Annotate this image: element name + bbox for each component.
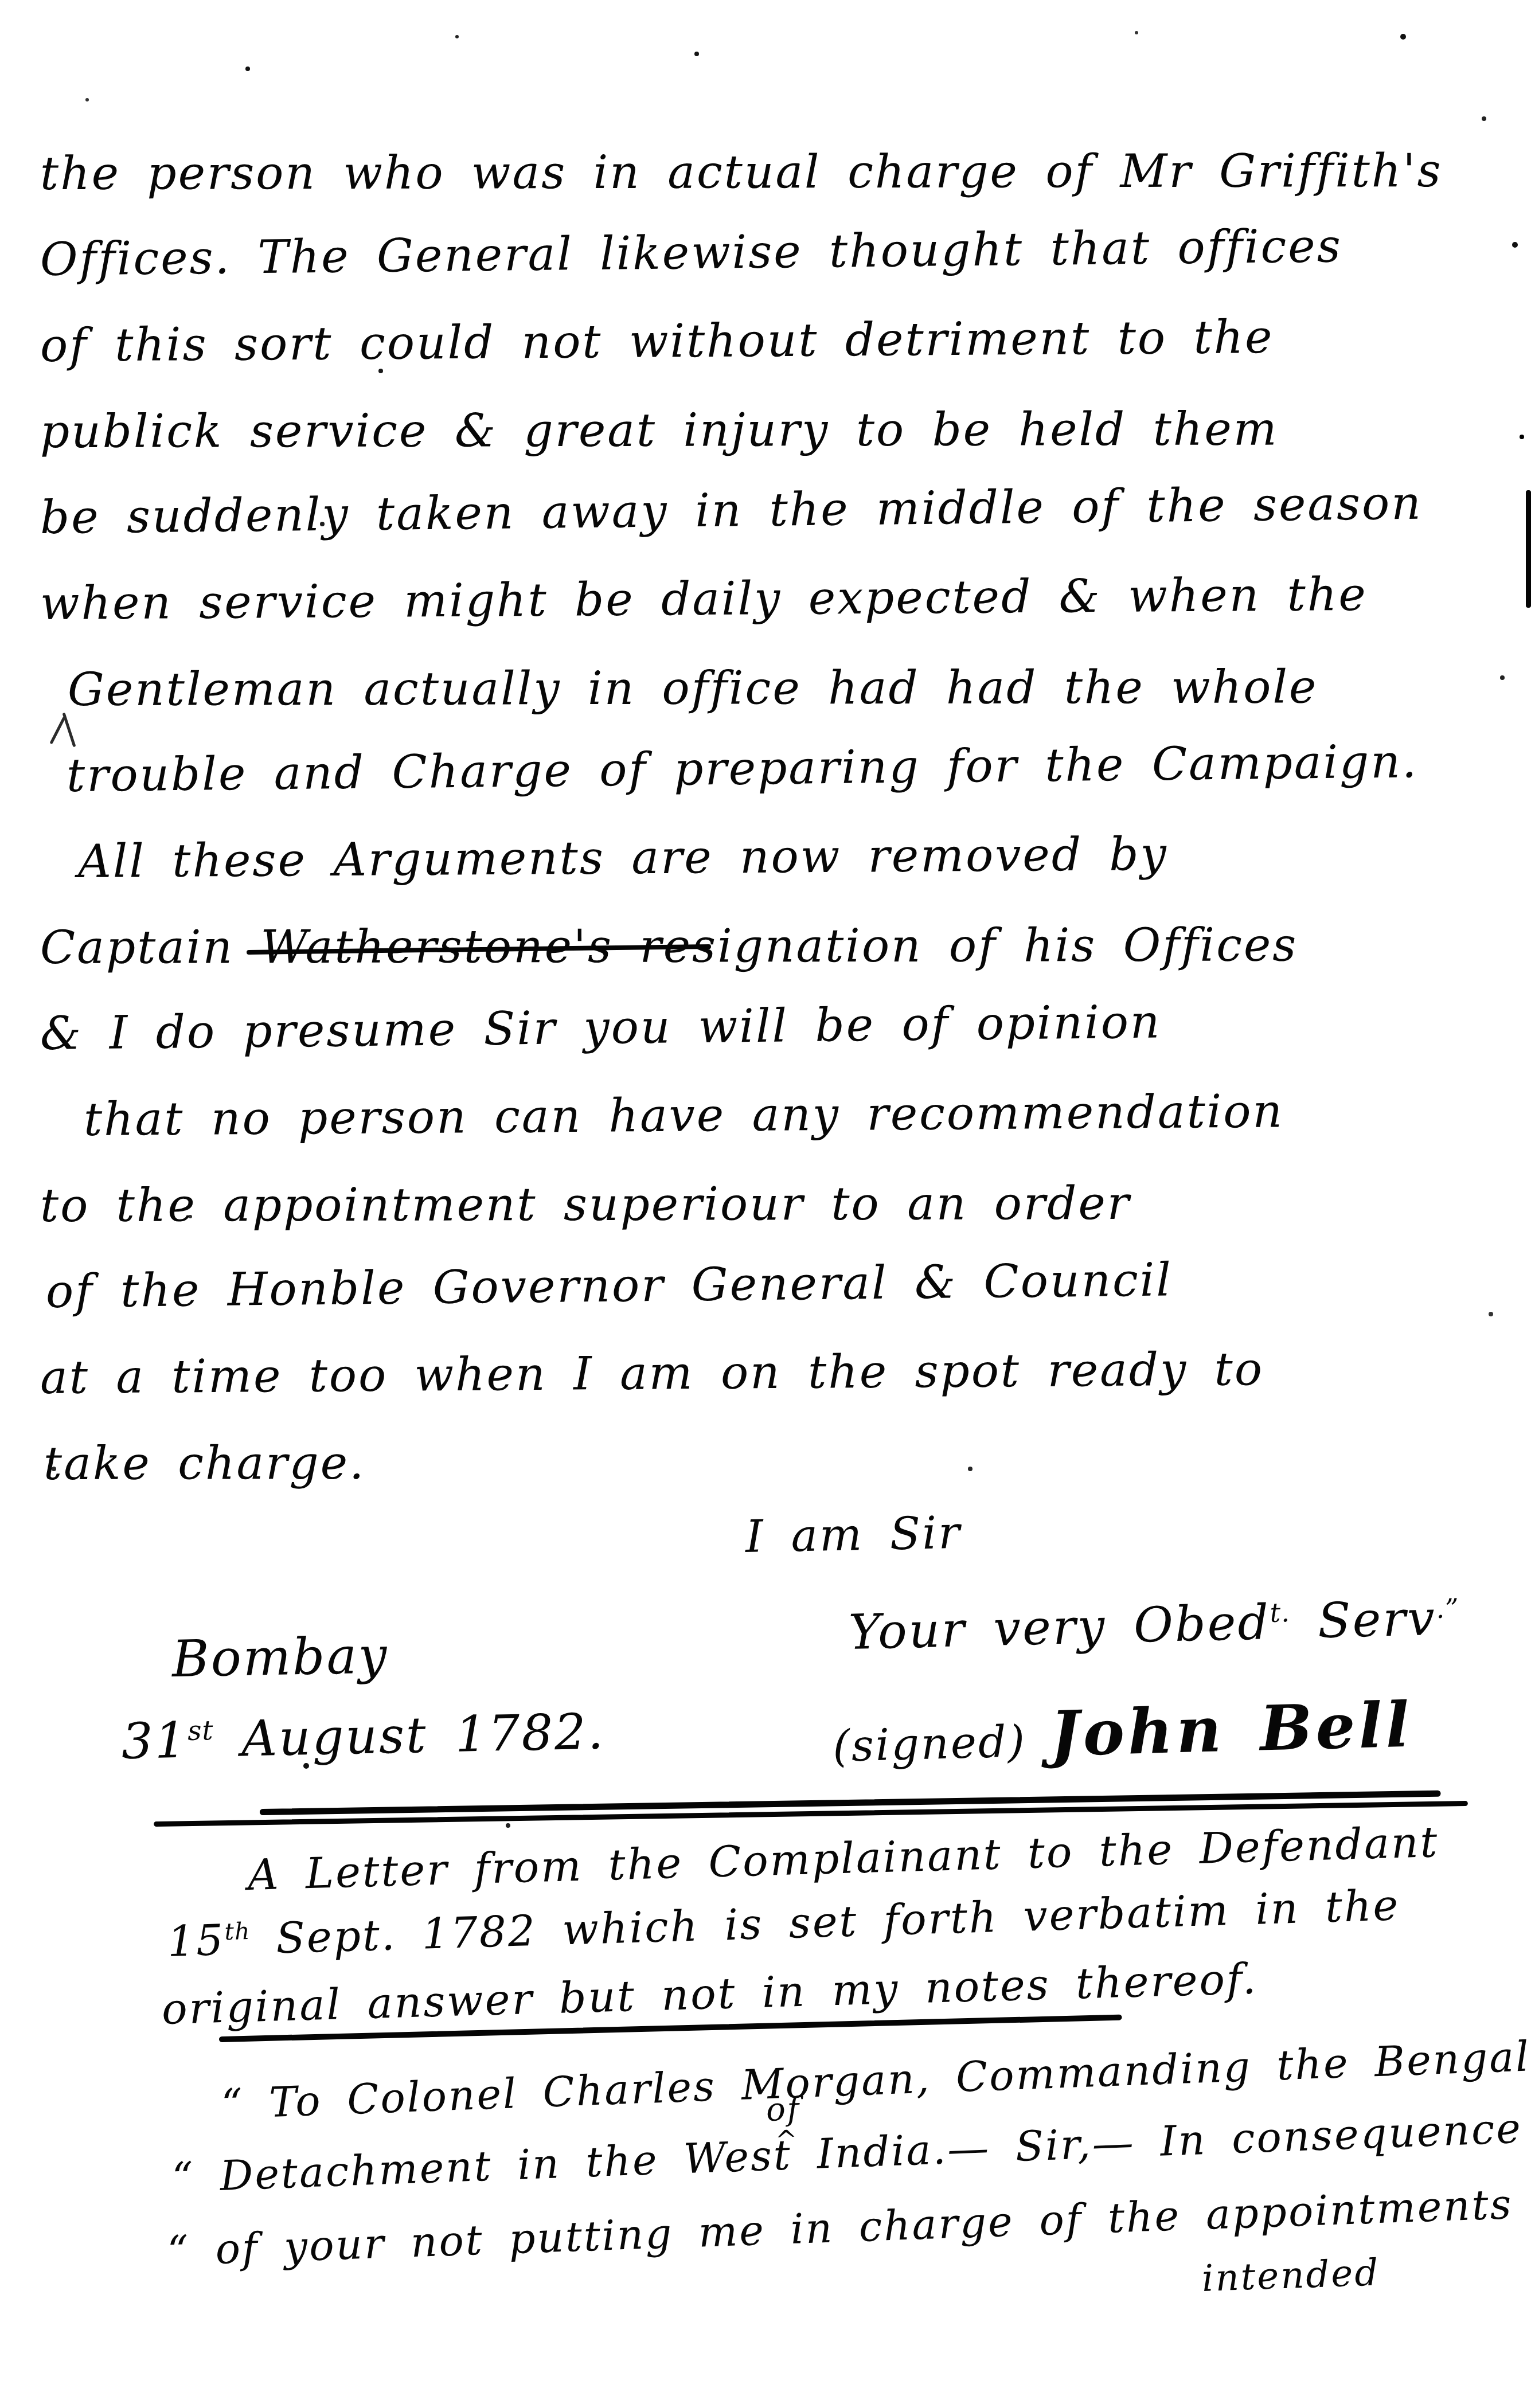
manuscript-line: & I do presume Sir you will be of opinio… — [40, 975, 1508, 1077]
manuscript-line: trouble and Charge of preparing for the … — [66, 718, 1508, 819]
signed-label: (signed) — [832, 1715, 1027, 1772]
letter-body: the person who was in actual charge of M… — [40, 131, 1508, 1507]
signature-row: (signed) John Bell — [831, 1689, 1413, 1776]
page-edge-artifact — [1526, 490, 1531, 608]
catchword: intended — [1201, 2251, 1381, 2300]
note-line: original answer but not in my notes ther… — [161, 1954, 1259, 2034]
date-day: 31 — [121, 1712, 189, 1770]
manuscript-line: Offices. The General likewise thought th… — [40, 201, 1508, 303]
date-ordinal-suffix: st — [187, 1715, 213, 1747]
manuscript-line: of this sort could not without detriment… — [40, 292, 1508, 389]
valediction-text: Serv — [1290, 1590, 1437, 1649]
manuscript-line: when service might be daily expected & w… — [40, 550, 1508, 647]
valediction-superscript: .” — [1436, 1593, 1460, 1624]
manuscript-line: at a time too when I am on the spot read… — [40, 1324, 1508, 1421]
valediction-superscript: t. — [1270, 1597, 1291, 1628]
closing-date: 31st August 1782. — [121, 1703, 606, 1770]
closing-valediction: Your very Obedt. Serv.” — [848, 1589, 1460, 1660]
closing-salutation: I am Sir — [745, 1507, 962, 1563]
valediction-text: Your very Obed — [848, 1594, 1271, 1660]
manuscript-line: take charge. — [44, 1418, 1508, 1507]
insertion-caret: ^ — [775, 2124, 799, 2156]
inserted-word: of — [766, 2090, 802, 2129]
manuscript-page: the person who was in actual charge of M… — [0, 0, 1531, 2408]
closing-place: Bombay — [171, 1625, 389, 1688]
note-date-day: 15 — [167, 1916, 226, 1967]
signature: John Bell — [1049, 1689, 1413, 1770]
manuscript-line: be suddenly taken away in the middle of … — [40, 459, 1508, 561]
date-rest: August 1782. — [213, 1703, 606, 1768]
note-date-ordinal: th — [224, 1917, 251, 1945]
horizontal-rule-double — [154, 1790, 1468, 1827]
manuscript-line: of the Honble Governor General & Council — [45, 1233, 1508, 1335]
manuscript-line: All these Arguments are now removed by — [77, 809, 1508, 905]
ink-speck — [0, 0, 2, 2]
manuscript-line: that no person can have any recommendati… — [83, 1067, 1508, 1163]
